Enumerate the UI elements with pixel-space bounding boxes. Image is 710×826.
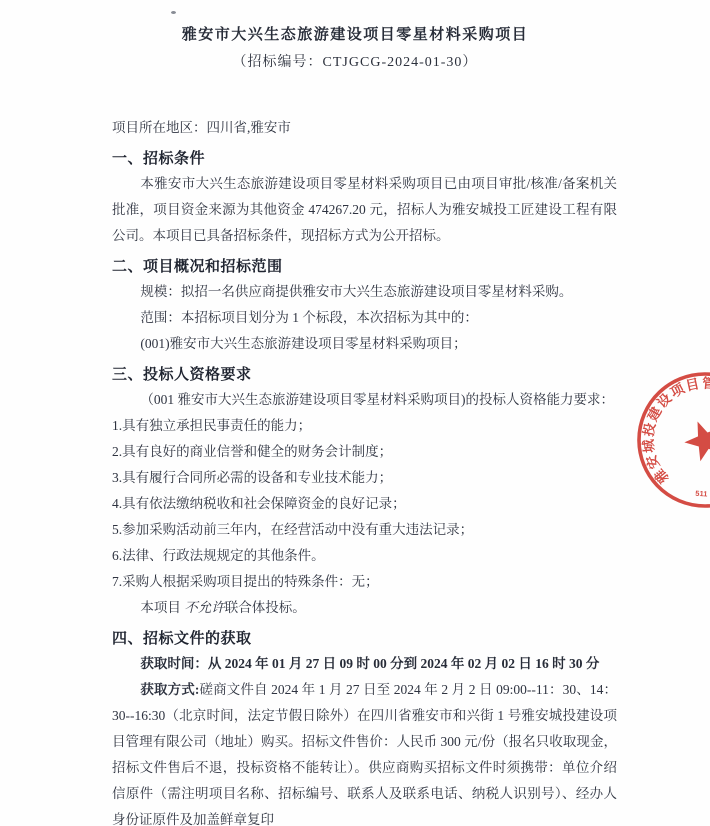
qualification-intro: （001 雅安市大兴生态旅游建设项目零星材料采购项目)的投标人资格能力要求：: [112, 387, 617, 413]
obtain-time-line: 获取时间：从 2024 年 01 月 27 日 09 时 00 分到 2024 …: [112, 651, 617, 677]
section-1-heading: 一、招标条件: [112, 147, 617, 171]
qualification-item-7: 7.采购人根据采购项目提出的特殊条件：无；: [112, 569, 617, 595]
obtain-method-paragraph: 获取方式:磋商文件自 2024 年 1 月 27 日至 2024 年 2 月 2…: [112, 677, 617, 826]
lot-line: (001)雅安市大兴生态旅游建设项目零星材料采购项目；: [112, 331, 617, 357]
qualification-item-4: 4.具有依法缴纳税收和社会保障资金的良好记录；: [112, 491, 617, 517]
document-page: 雅安市大兴生态旅游建设项目零星材料采购项目 （招标编号：CTJGCG-2024-…: [0, 0, 710, 826]
qualification-item-6: 6.法律、行政法规规定的其他条件。: [112, 543, 617, 569]
document-title: 雅安市大兴生态旅游建设项目零星材料采购项目: [20, 26, 690, 45]
qualification-item-3: 3.具有履行合同所必需的设备和专业技术能力；: [112, 465, 617, 491]
joint-bid-emphasis: 不允许: [184, 600, 225, 615]
scale-line: 规模：拟招一名供应商提供雅安市大兴生态旅游建设项目零星材料采购。: [112, 279, 617, 305]
joint-bid-suffix: 联合体投标。: [225, 600, 306, 615]
obtain-method-label: 获取方式:: [140, 682, 199, 697]
document-body: 项目所在地区：四川省,雅安市 一、招标条件 本雅安市大兴生态旅游建设项目零星材料…: [0, 115, 710, 826]
qualification-item-1: 1.具有独立承担民事责任的能力；: [112, 413, 617, 439]
obtain-method-text: 磋商文件自 2024 年 1 月 27 日至 2024 年 2 月 2 日 09…: [112, 682, 617, 826]
joint-bid-line: 本项目 不允许联合体投标。: [112, 595, 617, 621]
section-4-heading: 四、招标文件的获取: [112, 627, 617, 651]
section-1-paragraph: 本雅安市大兴生态旅游建设项目零星材料采购项目已由项目审批/核准/备案机关批准，项…: [112, 171, 617, 249]
scan-artifact-dot: [171, 11, 176, 14]
section-3-heading: 三、投标人资格要求: [112, 363, 617, 387]
section-2-heading: 二、项目概况和招标范围: [112, 255, 617, 279]
scope-line: 范围：本招标项目划分为 1 个标段，本次招标为其中的：: [112, 305, 617, 331]
tender-number: （招标编号：CTJGCG-2024-01-30）: [0, 54, 710, 72]
qualification-item-5: 5.参加采购活动前三年内，在经营活动中没有重大违法记录；: [112, 517, 617, 543]
qualification-item-2: 2.具有良好的商业信誉和健全的财务会计制度；: [112, 439, 617, 465]
joint-bid-prefix: 本项目: [140, 600, 184, 615]
project-location-line: 项目所在地区：四川省,雅安市: [112, 115, 617, 141]
